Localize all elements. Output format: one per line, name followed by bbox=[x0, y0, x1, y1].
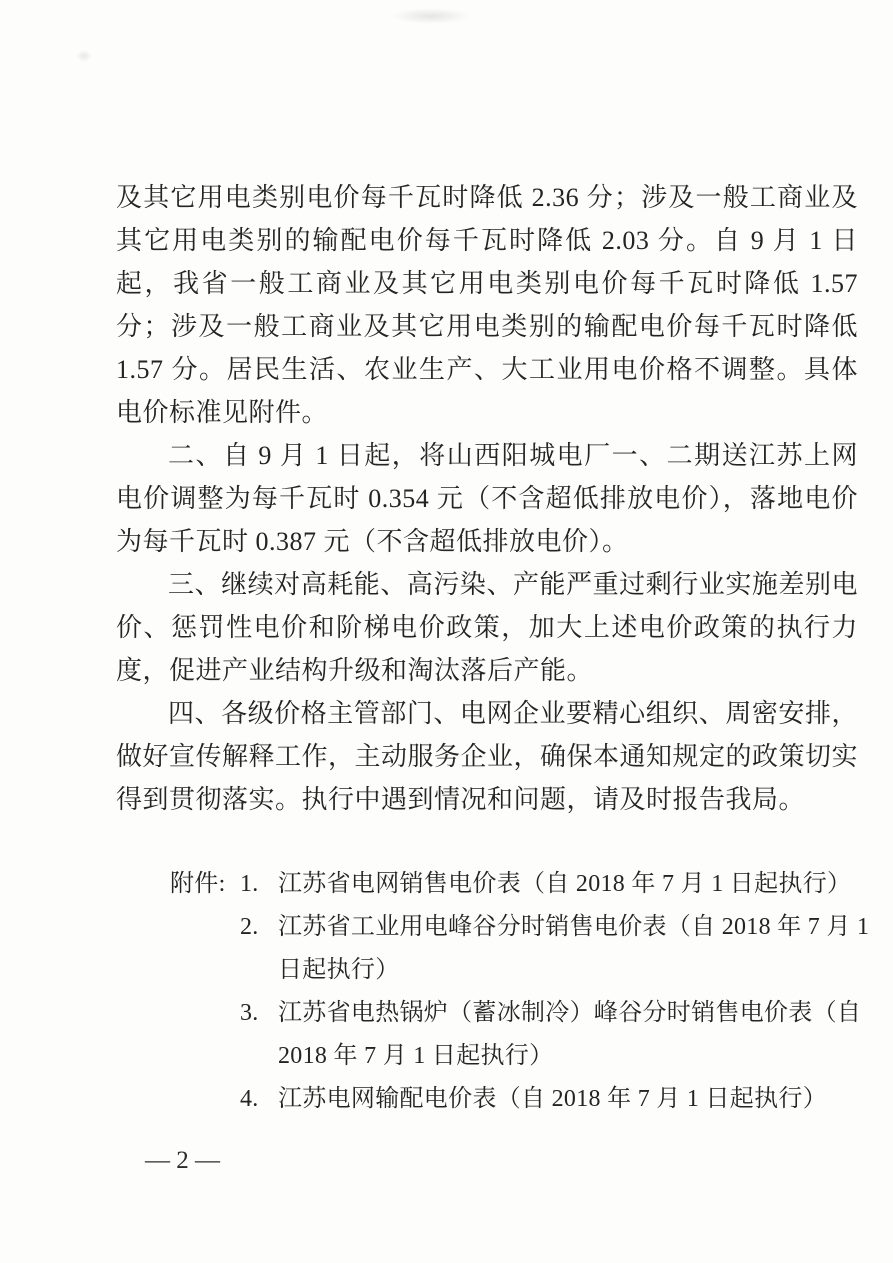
attachment-item-4-number: 4. bbox=[240, 1078, 278, 1121]
page-number: — 2 — bbox=[145, 1146, 220, 1176]
document-body: 及其它用电类别电价每千瓦时降低 2.36 分；涉及一般工商业及其它用电类别的输配… bbox=[116, 176, 858, 1121]
attachment-item-2-text: 江苏省工业用电峰谷分时销售电价表（自 2018 年 7 月 1 日起执行） bbox=[278, 906, 882, 992]
attachment-item-2: 2. 江苏省工业用电峰谷分时销售电价表（自 2018 年 7 月 1 日起执行） bbox=[240, 906, 882, 992]
attachment-item-1: 1. 江苏省电网销售电价表（自 2018 年 7 月 1 日起执行） bbox=[240, 863, 882, 906]
attachment-item-2-number: 2. bbox=[240, 906, 278, 949]
scanned-document-page: 及其它用电类别电价每千瓦时降低 2.36 分；涉及一般工商业及其它用电类别的输配… bbox=[0, 0, 893, 1263]
attachments-block: 附件: 1. 江苏省电网销售电价表（自 2018 年 7 月 1 日起执行） 2… bbox=[116, 863, 882, 1121]
attachment-item-4: 4. 江苏电网输配电价表（自 2018 年 7 月 1 日起执行） bbox=[240, 1078, 882, 1121]
attachment-item-1-number: 1. bbox=[240, 863, 278, 906]
attachment-item-3-number: 3. bbox=[240, 992, 278, 1035]
body-paragraph-2: 二、自 9 月 1 日起，将山西阳城电厂一、二期送江苏上网电价调整为每千瓦时 0… bbox=[116, 434, 858, 563]
attachment-item-1-text: 江苏省电网销售电价表（自 2018 年 7 月 1 日起执行） bbox=[278, 863, 882, 906]
attachment-item-3-text: 江苏省电热锅炉（蓄冰制冷）峰谷分时销售电价表（自 2018 年 7 月 1 日起… bbox=[278, 992, 882, 1078]
scan-smudge bbox=[76, 50, 92, 62]
body-paragraph-1: 及其它用电类别电价每千瓦时降低 2.36 分；涉及一般工商业及其它用电类别的输配… bbox=[116, 176, 858, 434]
attachments-label: 附件: bbox=[170, 863, 240, 906]
body-paragraph-3: 三、继续对高耗能、高污染、产能严重过剩行业实施差别电价、惩罚性电价和阶梯电价政策… bbox=[116, 563, 858, 692]
attachments-list: 1. 江苏省电网销售电价表（自 2018 年 7 月 1 日起执行） 2. 江苏… bbox=[240, 863, 882, 1121]
attachment-item-3: 3. 江苏省电热锅炉（蓄冰制冷）峰谷分时销售电价表（自 2018 年 7 月 1… bbox=[240, 992, 882, 1078]
attachment-item-4-text: 江苏电网输配电价表（自 2018 年 7 月 1 日起执行） bbox=[278, 1078, 882, 1121]
body-paragraph-4: 四、各级价格主管部门、电网企业要精心组织、周密安排，做好宣传解释工作，主动服务企… bbox=[116, 692, 858, 821]
scan-smudge bbox=[392, 8, 470, 24]
